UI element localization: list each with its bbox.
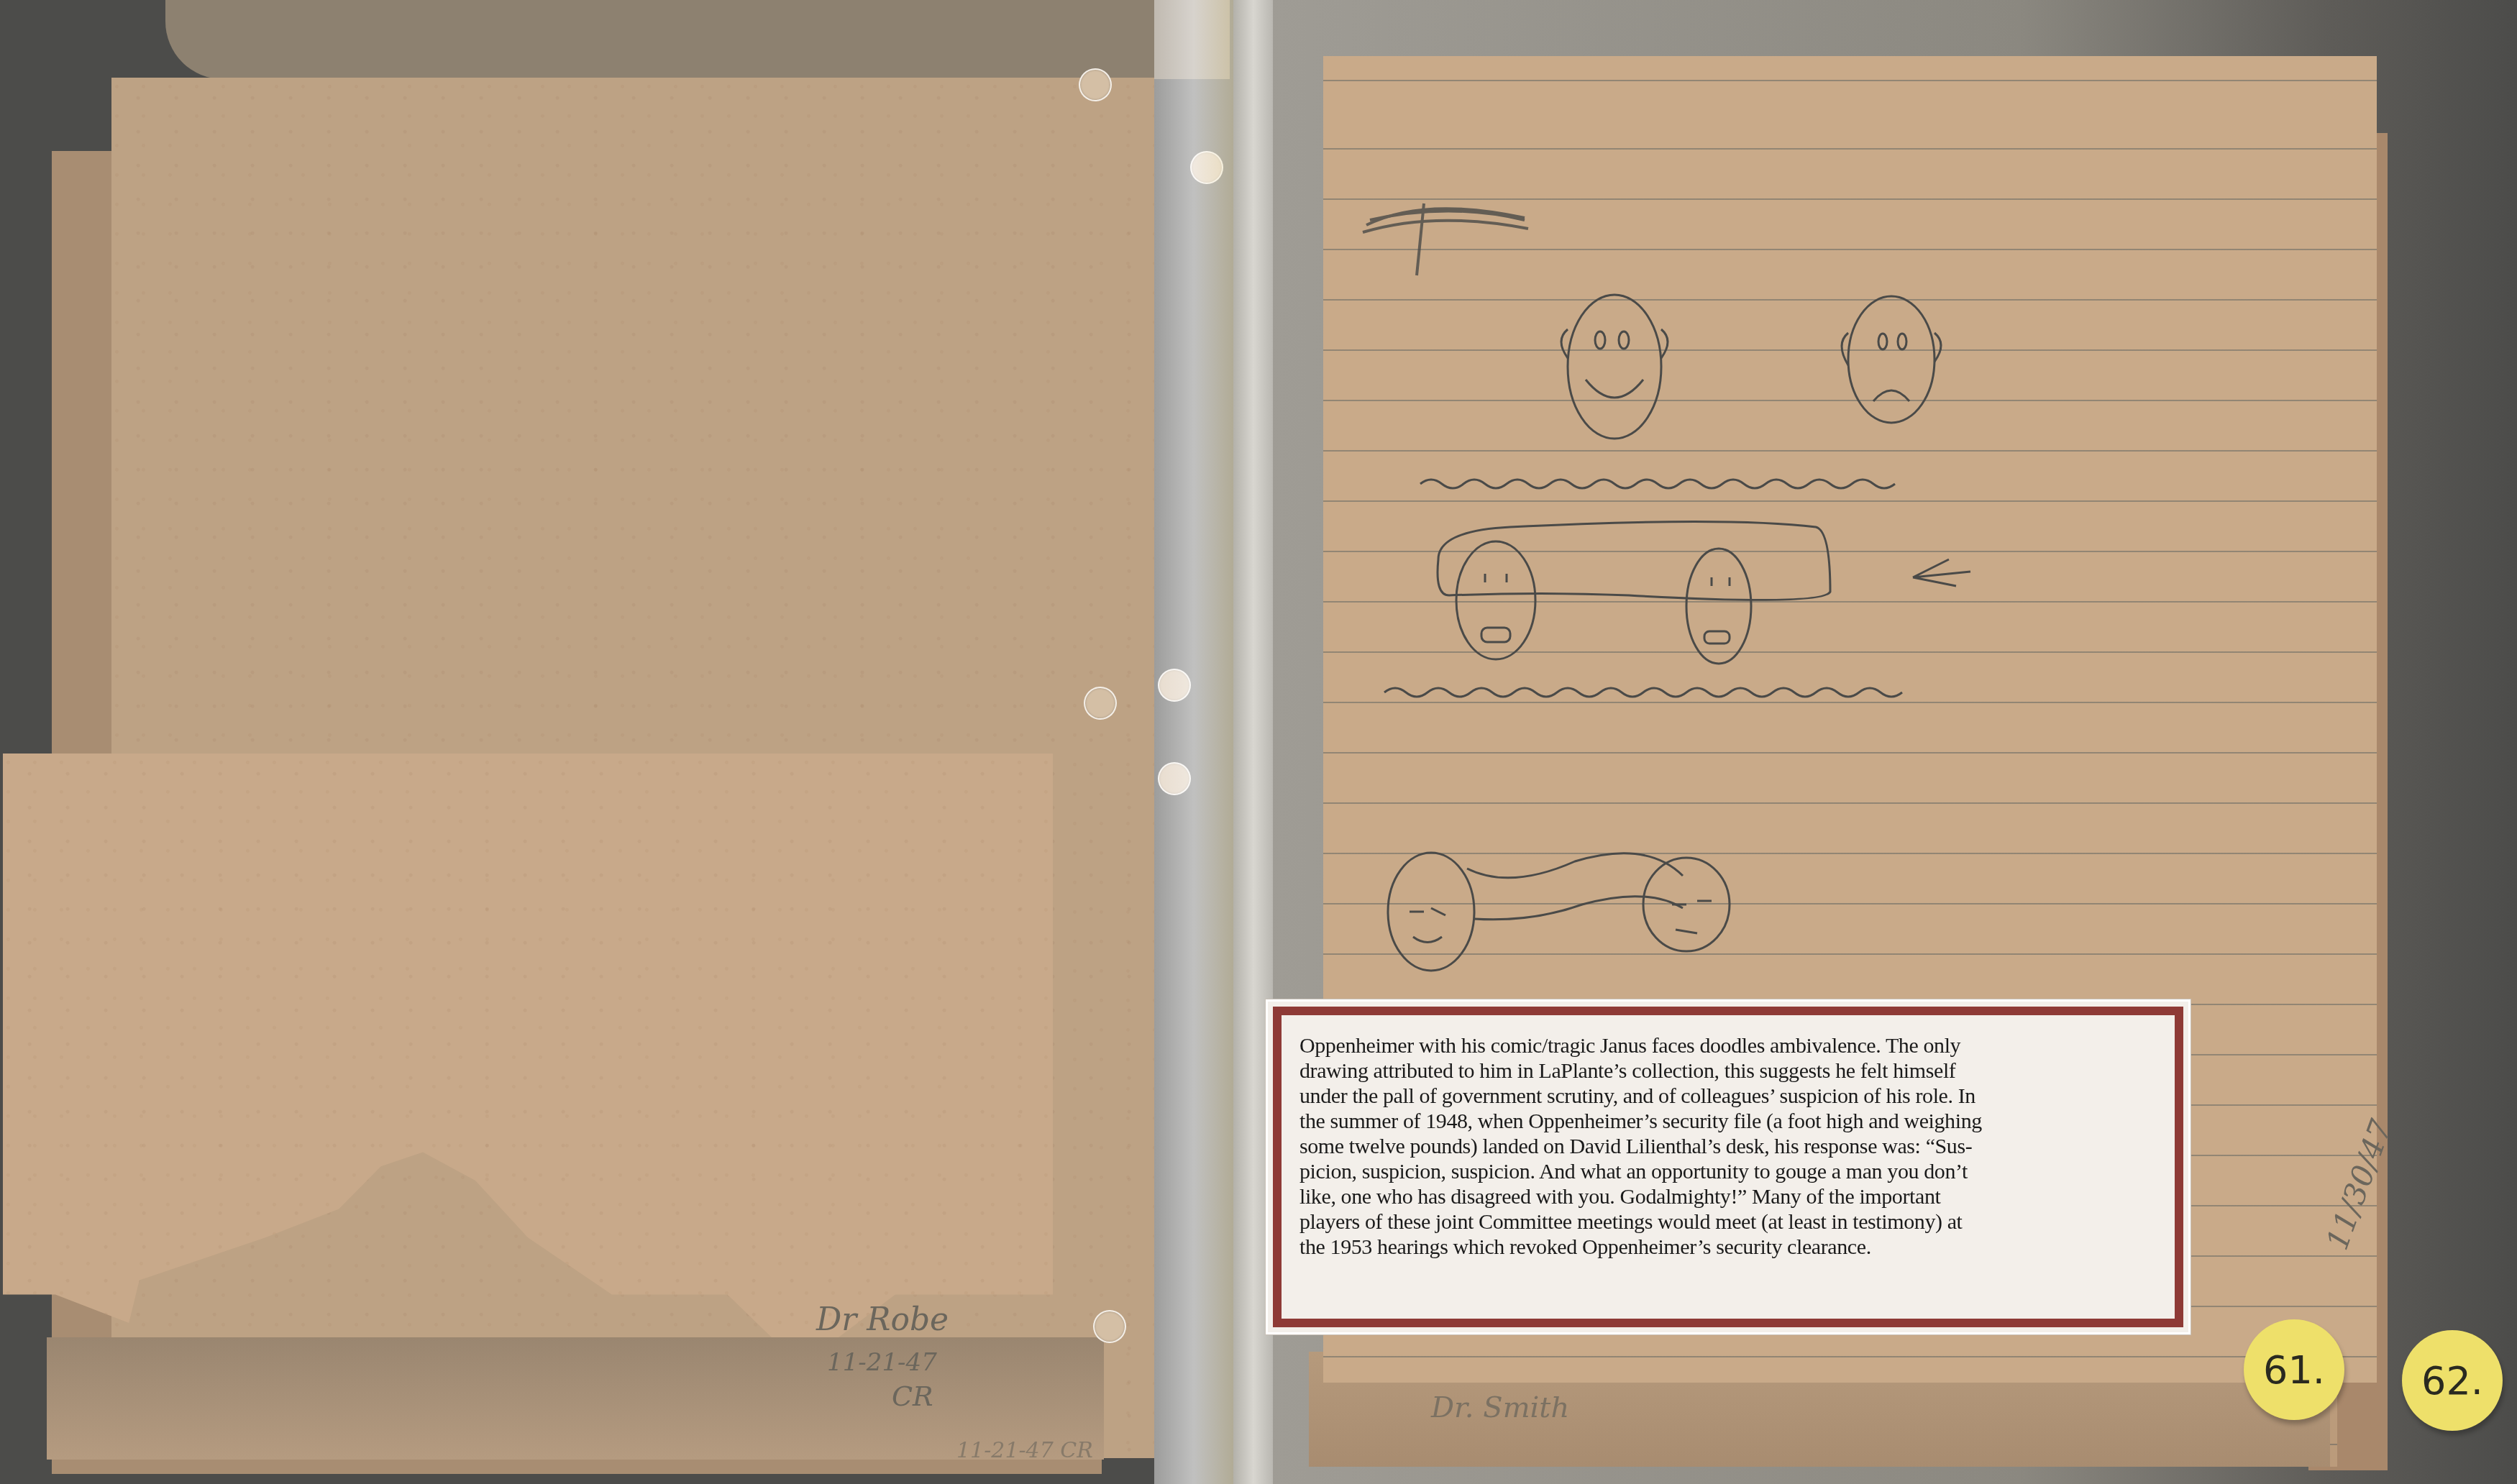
frowning-face (1842, 296, 1941, 423)
sleeve-sheen (1154, 0, 1233, 1484)
scribbled-out-word (1363, 203, 1528, 275)
caption-line: players of these joint Committee meeting… (1299, 1209, 2160, 1235)
number-sticker-61: 61. (2244, 1319, 2344, 1420)
underlying-handwriting: 11-21-47 CR (956, 1438, 1093, 1463)
left-sleeve: Dr Robe 11-21-47 CR 11-21-47 CR (0, 0, 1237, 1484)
caption-card: Oppenheimer with his comic/tragic Janus … (1266, 999, 2191, 1334)
two-faces-joined-curve (1388, 853, 1730, 971)
punch-hole (1084, 687, 1117, 720)
caption-line: Oppenheimer with his comic/tragic Janus … (1299, 1033, 2160, 1058)
lower-sheet-strip (47, 1337, 1104, 1460)
doodle-drawings (1323, 56, 2377, 991)
caption-line: some twelve pounds) landed on David Lili… (1299, 1134, 2160, 1159)
punch-hole (1093, 1310, 1126, 1343)
caption-line: the 1953 hearings which revoked Oppenhei… (1299, 1235, 2160, 1260)
smiling-face (1561, 295, 1668, 439)
handwritten-name: Dr Robe (816, 1301, 949, 1338)
dr-smith-note: Dr. Smith (1431, 1391, 1569, 1424)
caption-line: picion, suspicion, suspicion. And what a… (1299, 1159, 2160, 1184)
number-sticker-62: 62. (2402, 1330, 2503, 1431)
caption-line: the summer of 1948, when Oppenheimer’s s… (1299, 1109, 2160, 1134)
caption-text: Oppenheimer with his comic/tragic Janus … (1299, 1033, 2160, 1260)
two-faces-joined-bar (1438, 522, 1830, 664)
arrow-pointing-left (1913, 559, 1970, 586)
right-sleeve: Dr. Smith (1273, 0, 2517, 1484)
caption-line: drawing attributed to him in LaPlante’s … (1299, 1058, 2160, 1084)
handwritten-date: 11-21-47 (827, 1348, 937, 1377)
caption-line: like, one who has disagreed with you. Go… (1299, 1184, 2160, 1209)
handwritten-initials: CR (892, 1380, 933, 1412)
wavy-line-top (1420, 480, 1895, 488)
caption-line: under the pall of government scrutiny, a… (1299, 1084, 2160, 1109)
punch-hole (1079, 68, 1112, 101)
sleeve-tab-top (165, 0, 1230, 79)
wavy-line-bottom (1384, 688, 1902, 697)
